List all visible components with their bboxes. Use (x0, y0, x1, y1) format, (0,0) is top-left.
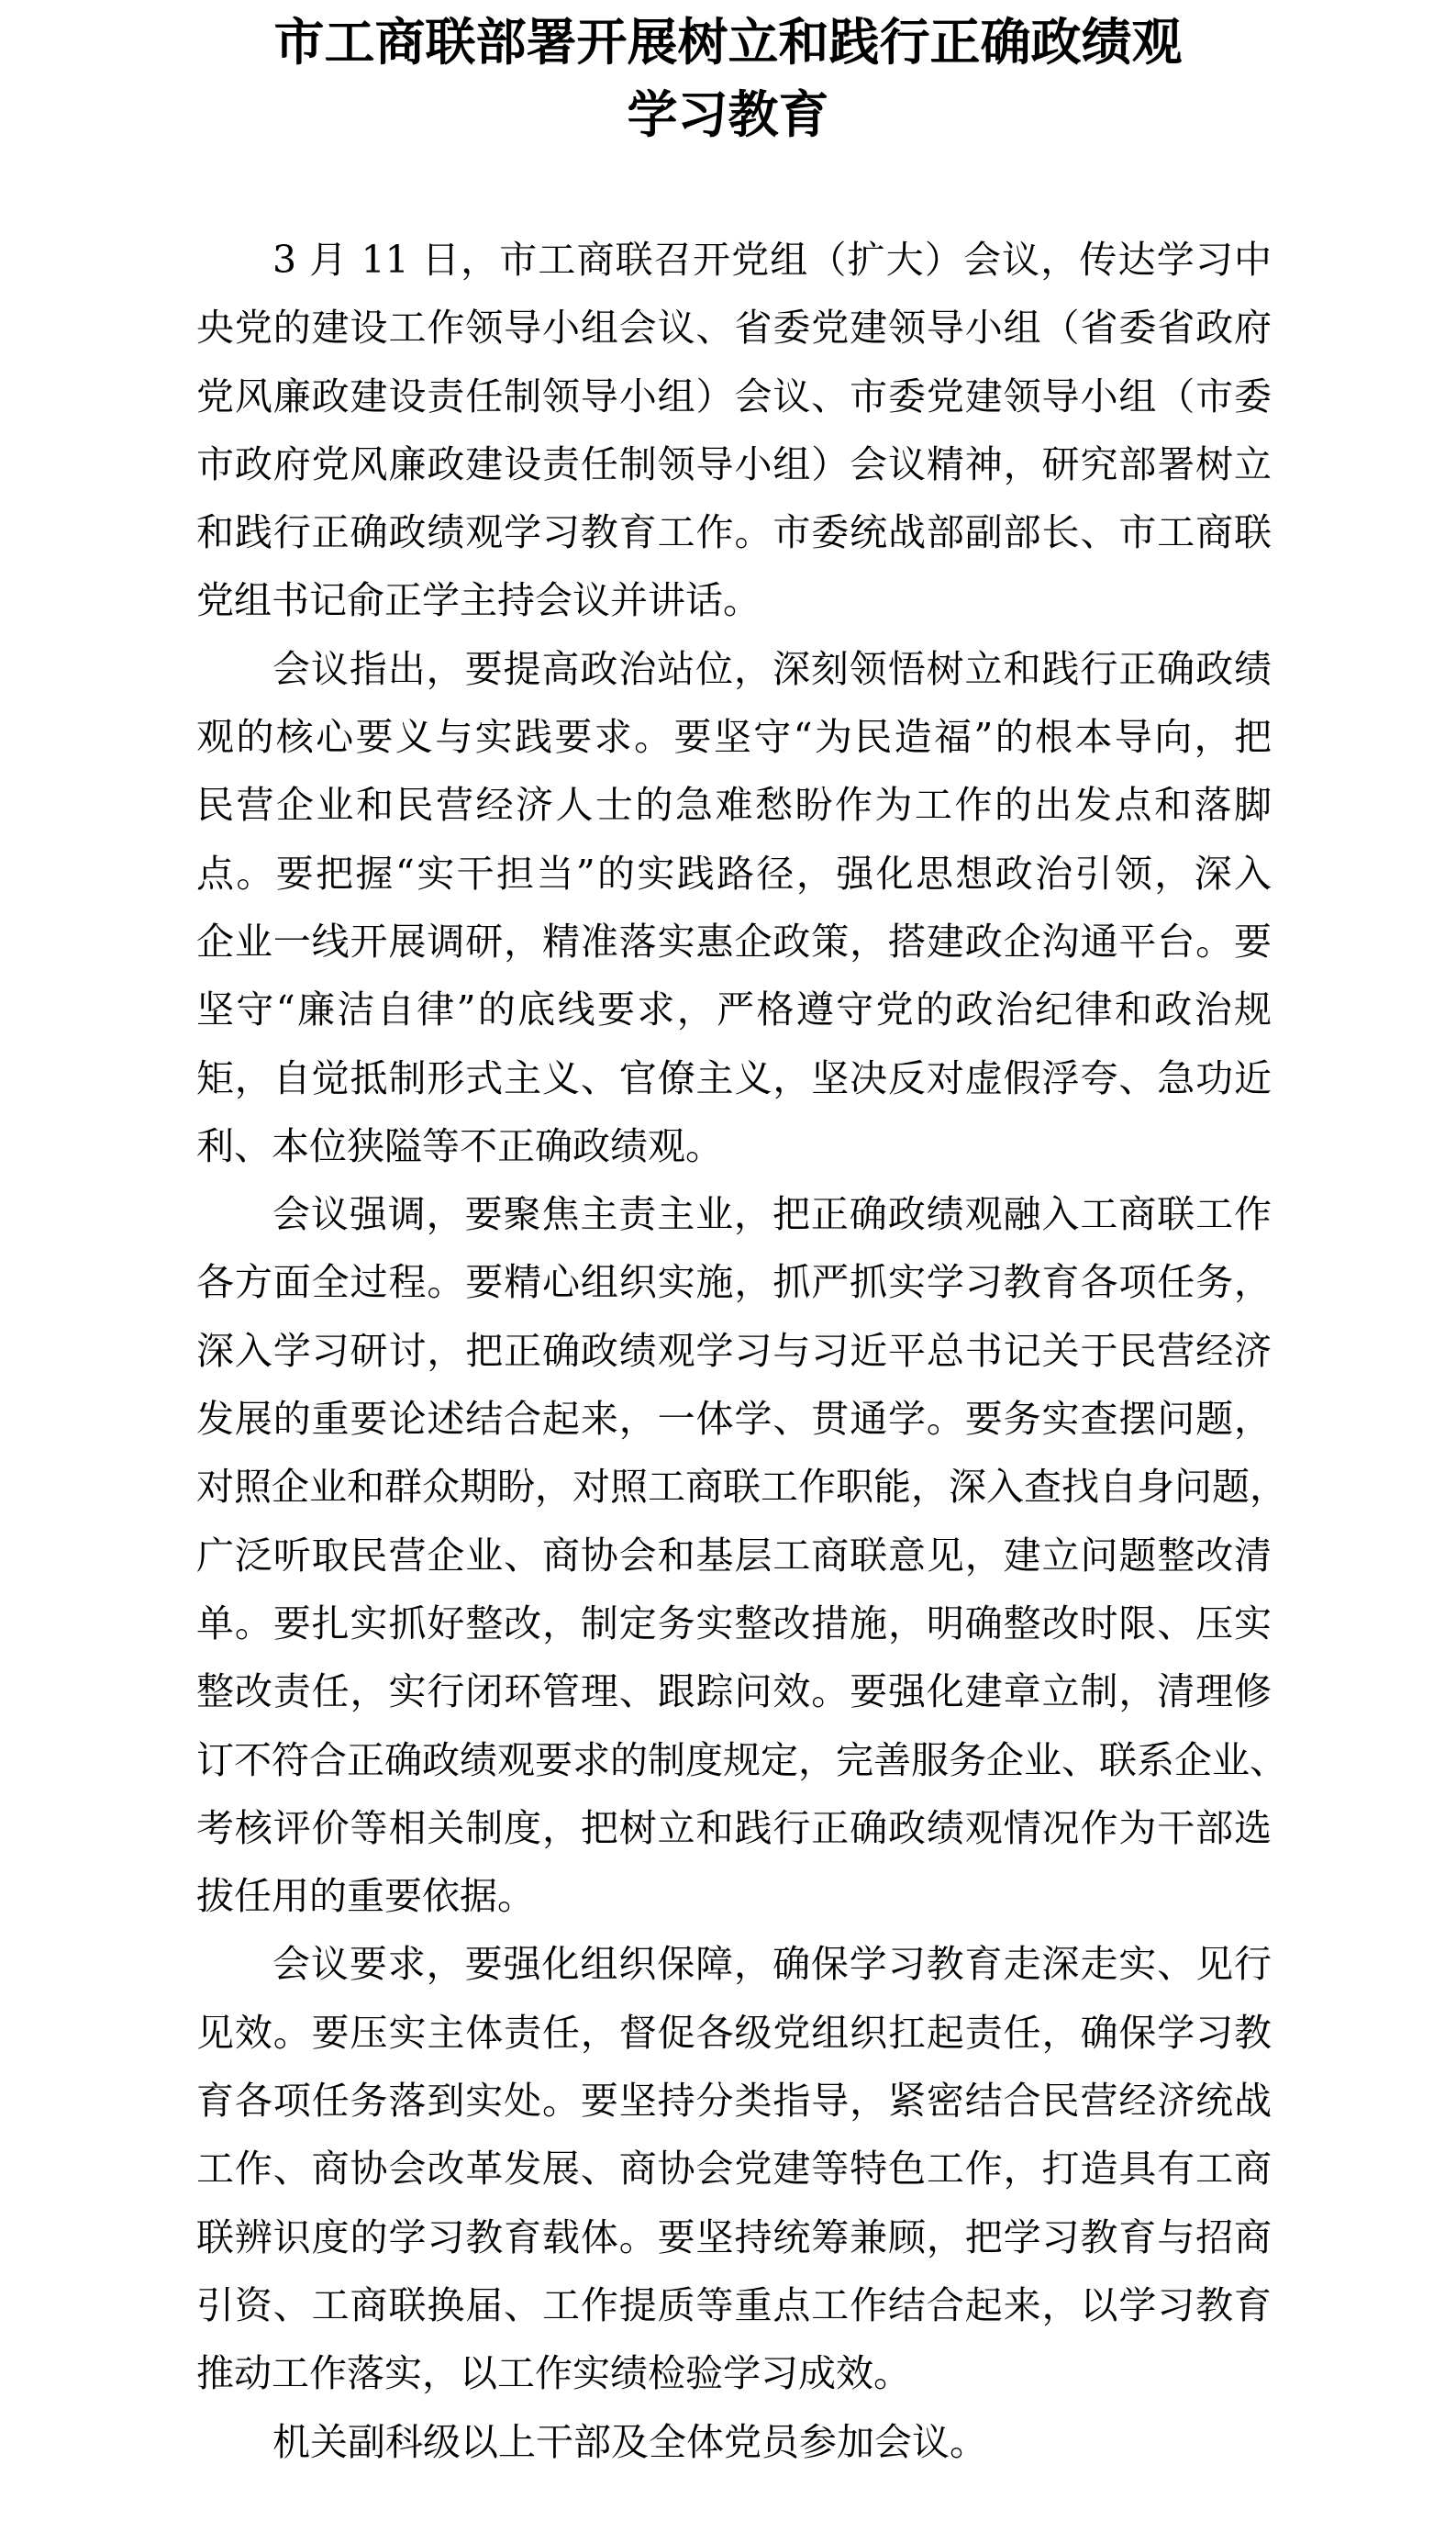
paragraph-meeting-required: 会议要求，要强化组织保障，确保学习教育走深走实、见行 见效。要压实主体责任，督促… (196, 1930, 1272, 2407)
paragraph-meeting-emphasized: 会议强调，要聚焦主责主业，把正确政绩观融入工商联工作 各方面全过程。要精心组织实… (196, 1180, 1272, 1930)
text-line: 见效。要压实主体责任，督促各级党组织扛起责任，确保学习教 (196, 1999, 1272, 2067)
text-line: 订不符合正确政绩观要求的制度规定，完善服务企业、联系企业、 (196, 1726, 1272, 1794)
text-line: 点。要把握“实干担当”的实践路径，强化思想政治引领，深入 (196, 840, 1272, 908)
text-line: 和践行正确政绩观学习教育工作。市委统战部副部长、市工商联 (196, 498, 1272, 566)
text-line: 央党的建设工作领导小组会议、省委党建领导小组（省委省政府 (196, 294, 1272, 362)
document-body: 3 月 11 日，市工商联召开党组（扩大）会议，传达学习中 央党的建设工作领导小… (196, 226, 1272, 2476)
text-line: 党风廉政建设责任制领导小组）会议、市委党建领导小组（市委 (196, 362, 1272, 430)
text-line: 会议要求，要强化组织保障，确保学习教育走深走实、见行 (196, 1930, 1272, 1998)
text-line: 观的核心要义与实践要求。要坚守“为民造福”的根本导向，把 (196, 703, 1272, 771)
text-line: 会议强调，要聚焦主责主业，把正确政绩观融入工商联工作 (196, 1180, 1272, 1248)
text-line: 各方面全过程。要精心组织实施，抓严抓实学习教育各项任务， (196, 1248, 1272, 1316)
text-line: 工作、商协会改革发展、商协会党建等特色工作，打造具有工商 (196, 2135, 1272, 2203)
text-line: 深入学习研讨，把正确政绩观学习与习近平总书记关于民营经济 (196, 1317, 1272, 1385)
text-line: 拔任用的重要依据。 (196, 1862, 1272, 1930)
paragraph-meeting-intro: 3 月 11 日，市工商联召开党组（扩大）会议，传达学习中 央党的建设工作领导小… (196, 226, 1272, 635)
text-line: 党组书记俞正学主持会议并讲话。 (196, 566, 1272, 634)
text-line: 单。要扎实抓好整改，制定务实整改措施，明确整改时限、压实 (196, 1589, 1272, 1657)
text-line: 民营企业和民营经济人士的急难愁盼作为工作的出发点和落脚 (196, 771, 1272, 839)
paragraph-attendees: 机关副科级以上干部及全体党员参加会议。 (196, 2408, 1272, 2476)
text-line: 考核评价等相关制度，把树立和践行正确政绩观情况作为干部选 (196, 1794, 1272, 1862)
text-line: 3 月 11 日，市工商联召开党组（扩大）会议，传达学习中 (196, 226, 1272, 294)
text-line: 引资、工商联换届、工作提质等重点工作结合起来，以学习教育 (196, 2271, 1272, 2339)
text-line: 矩，自觉抵制形式主义、官僚主义，坚决反对虚假浮夸、急功近 (196, 1044, 1272, 1112)
text-line: 发展的重要论述结合起来，一体学、贯通学。要务实查摆问题， (196, 1385, 1272, 1453)
text-line: 坚守“廉洁自律”的底线要求，严格遵守党的政治纪律和政治规 (196, 976, 1272, 1043)
document-page: 市工商联部署开展树立和践行正确政绩观 学习教育 3 月 11 日，市工商联召开党… (0, 0, 1456, 2543)
text-line: 会议指出，要提高政治站位，深刻领悟树立和践行正确政绩 (196, 635, 1272, 703)
text-line: 对照企业和群众期盼，对照工商联工作职能，深入查找自身问题， (196, 1453, 1272, 1521)
text-line: 整改责任，实行闭环管理、跟踪问效。要强化建章立制，清理修 (196, 1657, 1272, 1725)
title-line: 市工商联部署开展树立和践行正确政绩观 (0, 6, 1456, 78)
text-line: 广泛听取民营企业、商协会和基层工商联意见，建立问题整改清 (196, 1522, 1272, 1589)
text-line: 育各项任务落到实处。要坚持分类指导，紧密结合民营经济统战 (196, 2067, 1272, 2135)
text-line: 推动工作落实，以工作实绩检验学习成效。 (196, 2339, 1272, 2407)
title-line: 学习教育 (0, 78, 1456, 151)
text-line: 利、本位狭隘等不正确政绩观。 (196, 1112, 1272, 1180)
document-title: 市工商联部署开展树立和践行正确政绩观 学习教育 (0, 6, 1456, 151)
paragraph-meeting-pointed-out: 会议指出，要提高政治站位，深刻领悟树立和践行正确政绩 观的核心要义与实践要求。要… (196, 635, 1272, 1180)
text-line: 市政府党风廉政建设责任制领导小组）会议精神，研究部署树立 (196, 430, 1272, 498)
text-line: 联辨识度的学习教育载体。要坚持统筹兼顾，把学习教育与招商 (196, 2203, 1272, 2271)
text-line: 企业一线开展调研，精准落实惠企政策，搭建政企沟通平台。要 (196, 908, 1272, 976)
text-line: 机关副科级以上干部及全体党员参加会议。 (196, 2408, 1272, 2476)
